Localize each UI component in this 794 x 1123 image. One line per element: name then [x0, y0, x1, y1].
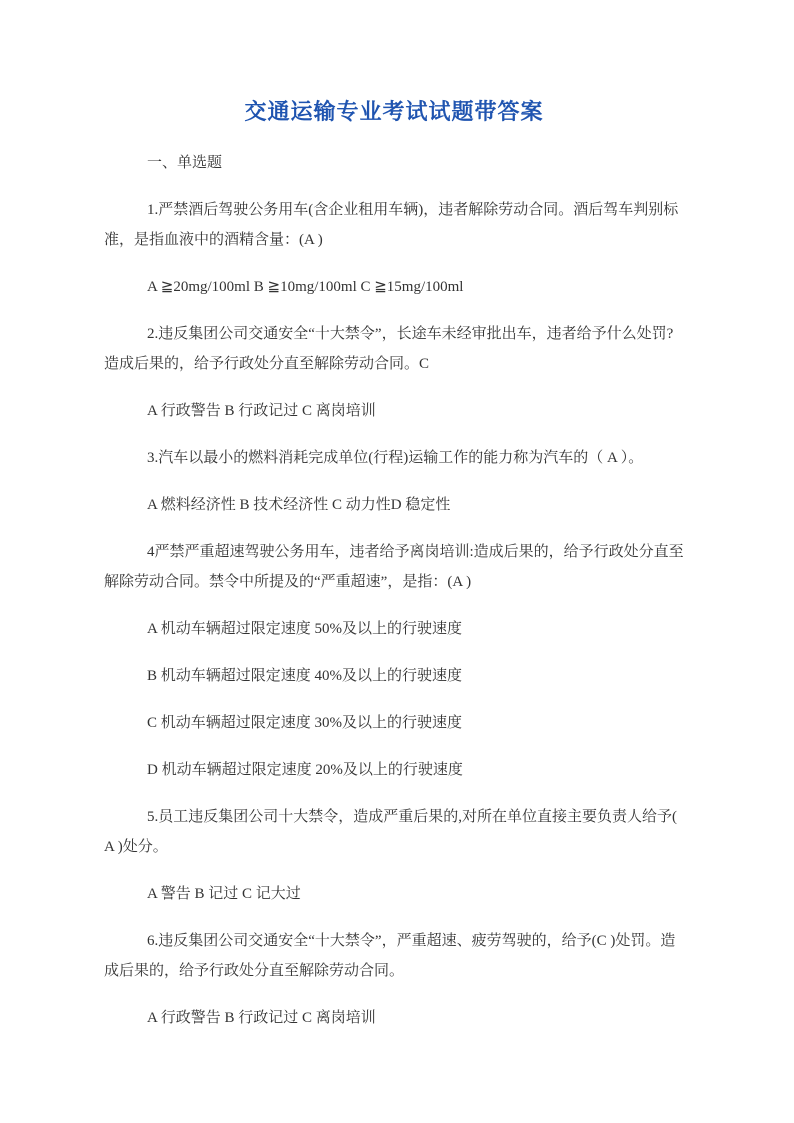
section-heading: 一、单选题: [104, 148, 684, 178]
document-page: 交通运输专业考试试题带答案 一、单选题 1.严禁酒后驾驶公务用车(含企业租用车辆…: [0, 0, 794, 1123]
question-1-text: 1.严禁酒后驾驶公务用车(含企业租用车辆)，违者解除劳动合同。酒后驾车判别标准，…: [104, 195, 684, 255]
question-2-text: 2.违反集团公司交通安全“十大禁令”，长途车未经审批出车，违者给予什么处罚?造成…: [104, 319, 684, 379]
question-4-option-d: D 机动车辆超过限定速度 20%及以上的行驶速度: [104, 755, 684, 785]
question-3-options: A 燃料经济性 B 技术经济性 C 动力性D 稳定性: [104, 490, 684, 520]
question-6-text: 6.违反集团公司交通安全“十大禁令”，严重超速、疲劳驾驶的，给予(C )处罚。造…: [104, 926, 684, 986]
question-2-options: A 行政警告 B 行政记过 C 离岗培训: [104, 396, 684, 426]
question-4-text: 4严禁严重超速驾驶公务用车，违者给予离岗培训:造成后果的，给予行政处分直至解除劳…: [104, 537, 684, 597]
question-5-options: A 警告 B 记过 C 记大过: [104, 879, 684, 909]
question-4-option-b: B 机动车辆超过限定速度 40%及以上的行驶速度: [104, 661, 684, 691]
question-1-options: A ≧20mg/100ml B ≧10mg/100ml C ≧15mg/100m…: [104, 272, 684, 302]
question-5-text: 5.员工违反集团公司十大禁令，造成严重后果的,对所在单位直接主要负责人给予( A…: [104, 802, 684, 862]
question-4-option-c: C 机动车辆超过限定速度 30%及以上的行驶速度: [104, 708, 684, 738]
document-title: 交通运输专业考试试题带答案: [104, 96, 684, 128]
question-6-options: A 行政警告 B 行政记过 C 离岗培训: [104, 1003, 684, 1033]
question-3-text: 3.汽车以最小的燃料消耗完成单位(行程)运输工作的能力称为汽车的（ A ）。: [104, 443, 684, 473]
question-4-option-a: A 机动车辆超过限定速度 50%及以上的行驶速度: [104, 614, 684, 644]
